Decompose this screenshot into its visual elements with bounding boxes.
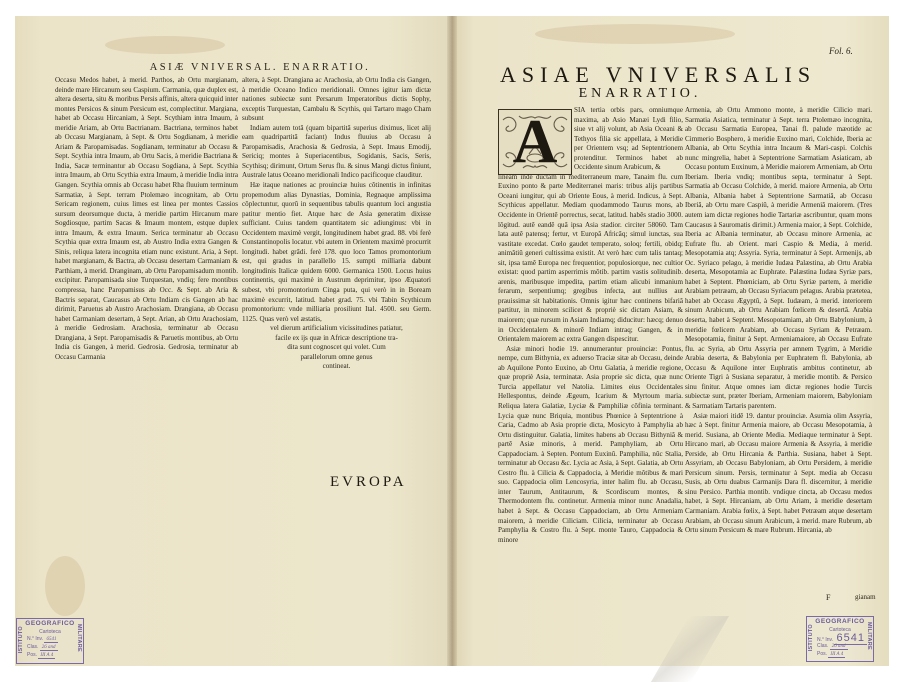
stamp-label: Clas. — [27, 644, 38, 650]
stamp-side-right: MILITARE — [76, 624, 82, 652]
stamp-position-row: Pos. III A 4 — [817, 651, 845, 657]
tail-line: facile ex ijs quæ in Africæ descriptione… — [242, 334, 431, 344]
stamp-inventory-number: 6541 — [44, 637, 58, 643]
book-gutter — [447, 16, 457, 666]
stamp-side-left: ISTITUTO — [808, 624, 814, 651]
stamp-class-value: 26 and — [40, 645, 58, 651]
paragraph: Armenia, ab Ortu Ammono monte, à meridie… — [685, 106, 872, 412]
left-column-1: Occasu Medos habet, à merid. Parthos, ab… — [55, 76, 238, 362]
stamp-class-row: Clas. 26 and — [817, 643, 848, 649]
paragraph: Asiæ minori hodie 19. annumerantur proui… — [498, 345, 683, 545]
paragraph: Asiæ maiori itidẽ 19. dantur prouinciæ. … — [685, 412, 872, 536]
tail-line: dita sunt cognoscet qui volet. Cum — [242, 343, 431, 353]
stamp-label: Pos. — [817, 651, 827, 657]
page-subtitle: ENARRATIO. — [560, 86, 720, 102]
stamp-inventory-row: N.° Inv. 6541 — [27, 636, 58, 642]
paragraph: Indiam autem totã (quam bipartitã superi… — [242, 124, 431, 181]
paragraph: lineam inde ductam in mediterraneum mare… — [498, 173, 683, 345]
stamp-label: Pos. — [27, 652, 37, 658]
paragraph: Hæ itaque nationes ac prouinciæ huius cõ… — [242, 181, 431, 324]
paragraph-tail: vel dierum artificialium vicissitudines … — [242, 324, 431, 372]
paragraph: Occasu Medos habet, à merid. Parthos, ab… — [55, 76, 238, 362]
tail-line: contineat. — [242, 362, 431, 372]
library-stamp-right: GEOGRAFICO Cartoteca ISTITUTO MILITARE N… — [806, 616, 874, 662]
stamp-class-row: Clas. 26 and — [27, 644, 58, 650]
right-column-2: Armenia, ab Ortu Ammono monte, à meridie… — [685, 106, 872, 536]
paragraph: altera, à Sept. Drangiana ac Arachosia, … — [242, 76, 431, 124]
catchword: gianam — [855, 593, 876, 601]
stamp-side-left: ISTITUTO — [18, 626, 24, 653]
tail-line: vel dierum artificialium vicissitudines … — [242, 324, 431, 334]
right-column-1: SIA tertia orbis pars, omniumque maxima,… — [498, 106, 683, 545]
left-column-2: altera, à Sept. Drangiana ac Arachosia, … — [242, 76, 431, 372]
opening-paragraph: SIA tertia orbis pars, omniumque maxima,… — [498, 106, 683, 173]
stamp-label: N.° Inv. — [27, 636, 43, 642]
stamp-class-value: 26 and — [830, 644, 848, 650]
page-title: ASIAE VNIVERSALIS — [500, 62, 780, 88]
signature-mark: F — [826, 593, 830, 602]
stamp-department: Cartoteca — [17, 629, 83, 635]
library-stamp-left: GEOGRAFICO Cartoteca ISTITUTO MILITARE N… — [16, 618, 84, 664]
stamp-position-value: III A 4 — [38, 653, 55, 659]
left-page: ASIÆ VNIVERSAL. ENARRATIO. Occasu Medos … — [15, 16, 452, 666]
stamp-institution: GEOGRAFICO — [807, 618, 873, 625]
stamp-institution: GEOGRAFICO — [17, 620, 83, 627]
tail-line: parallelorum omne genus — [242, 353, 431, 363]
catchword-heading: EVROPA — [330, 474, 407, 491]
stamp-position-value: III A 4 — [828, 652, 845, 658]
stamp-position-row: Pos. III A 4 — [27, 652, 55, 658]
stamp-label: Clas. — [817, 643, 828, 649]
running-head: ASIÆ VNIVERSAL. ENARRATIO. — [145, 62, 375, 73]
folio-number: Fol. 6. — [829, 46, 853, 56]
